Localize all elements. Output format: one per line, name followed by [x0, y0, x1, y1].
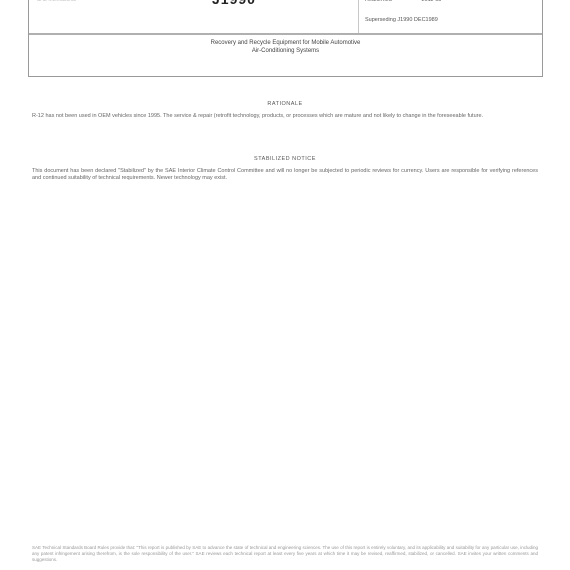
stabilized-heading: STABILIZED NOTICE [0, 156, 570, 162]
rationale-text: R-12 has not been used in OEM vehicles s… [32, 113, 538, 120]
footer-disclaimer: SAE Technical Standards Board Rules prov… [32, 545, 538, 563]
stabilized-text: This document has been declared "Stabili… [32, 168, 538, 182]
meta-key: Superseding [365, 17, 396, 23]
header-faint-text: SAE International [37, 0, 197, 3]
standard-id: J1990 [212, 0, 322, 5]
title-line-2: Air-Conditioning Systems [29, 47, 542, 55]
meta-key: Reaffirmed [365, 0, 420, 3]
meta-row-superseding: Superseding J1990 DEC1989 [365, 17, 438, 23]
header-top: SAE International J1990 Reaffirmed 2011-… [29, 0, 542, 35]
header-left: SAE International J1990 [29, 0, 358, 33]
meta-value: J1990 DEC1989 [397, 17, 437, 23]
meta-row-reaffirmed: Reaffirmed 2011-05 [365, 0, 441, 3]
title-line-1: Recovery and Recycle Equipment for Mobil… [29, 39, 542, 47]
document-title: Recovery and Recycle Equipment for Mobil… [29, 33, 542, 77]
header-meta: Reaffirmed 2011-05 Superseding J1990 DEC… [358, 0, 543, 33]
meta-value: 2011-05 [422, 0, 442, 3]
document-page: SAE International J1990 Reaffirmed 2011-… [0, 0, 570, 570]
rationale-heading: RATIONALE [0, 101, 570, 107]
header-box: SAE International J1990 Reaffirmed 2011-… [28, 0, 543, 77]
